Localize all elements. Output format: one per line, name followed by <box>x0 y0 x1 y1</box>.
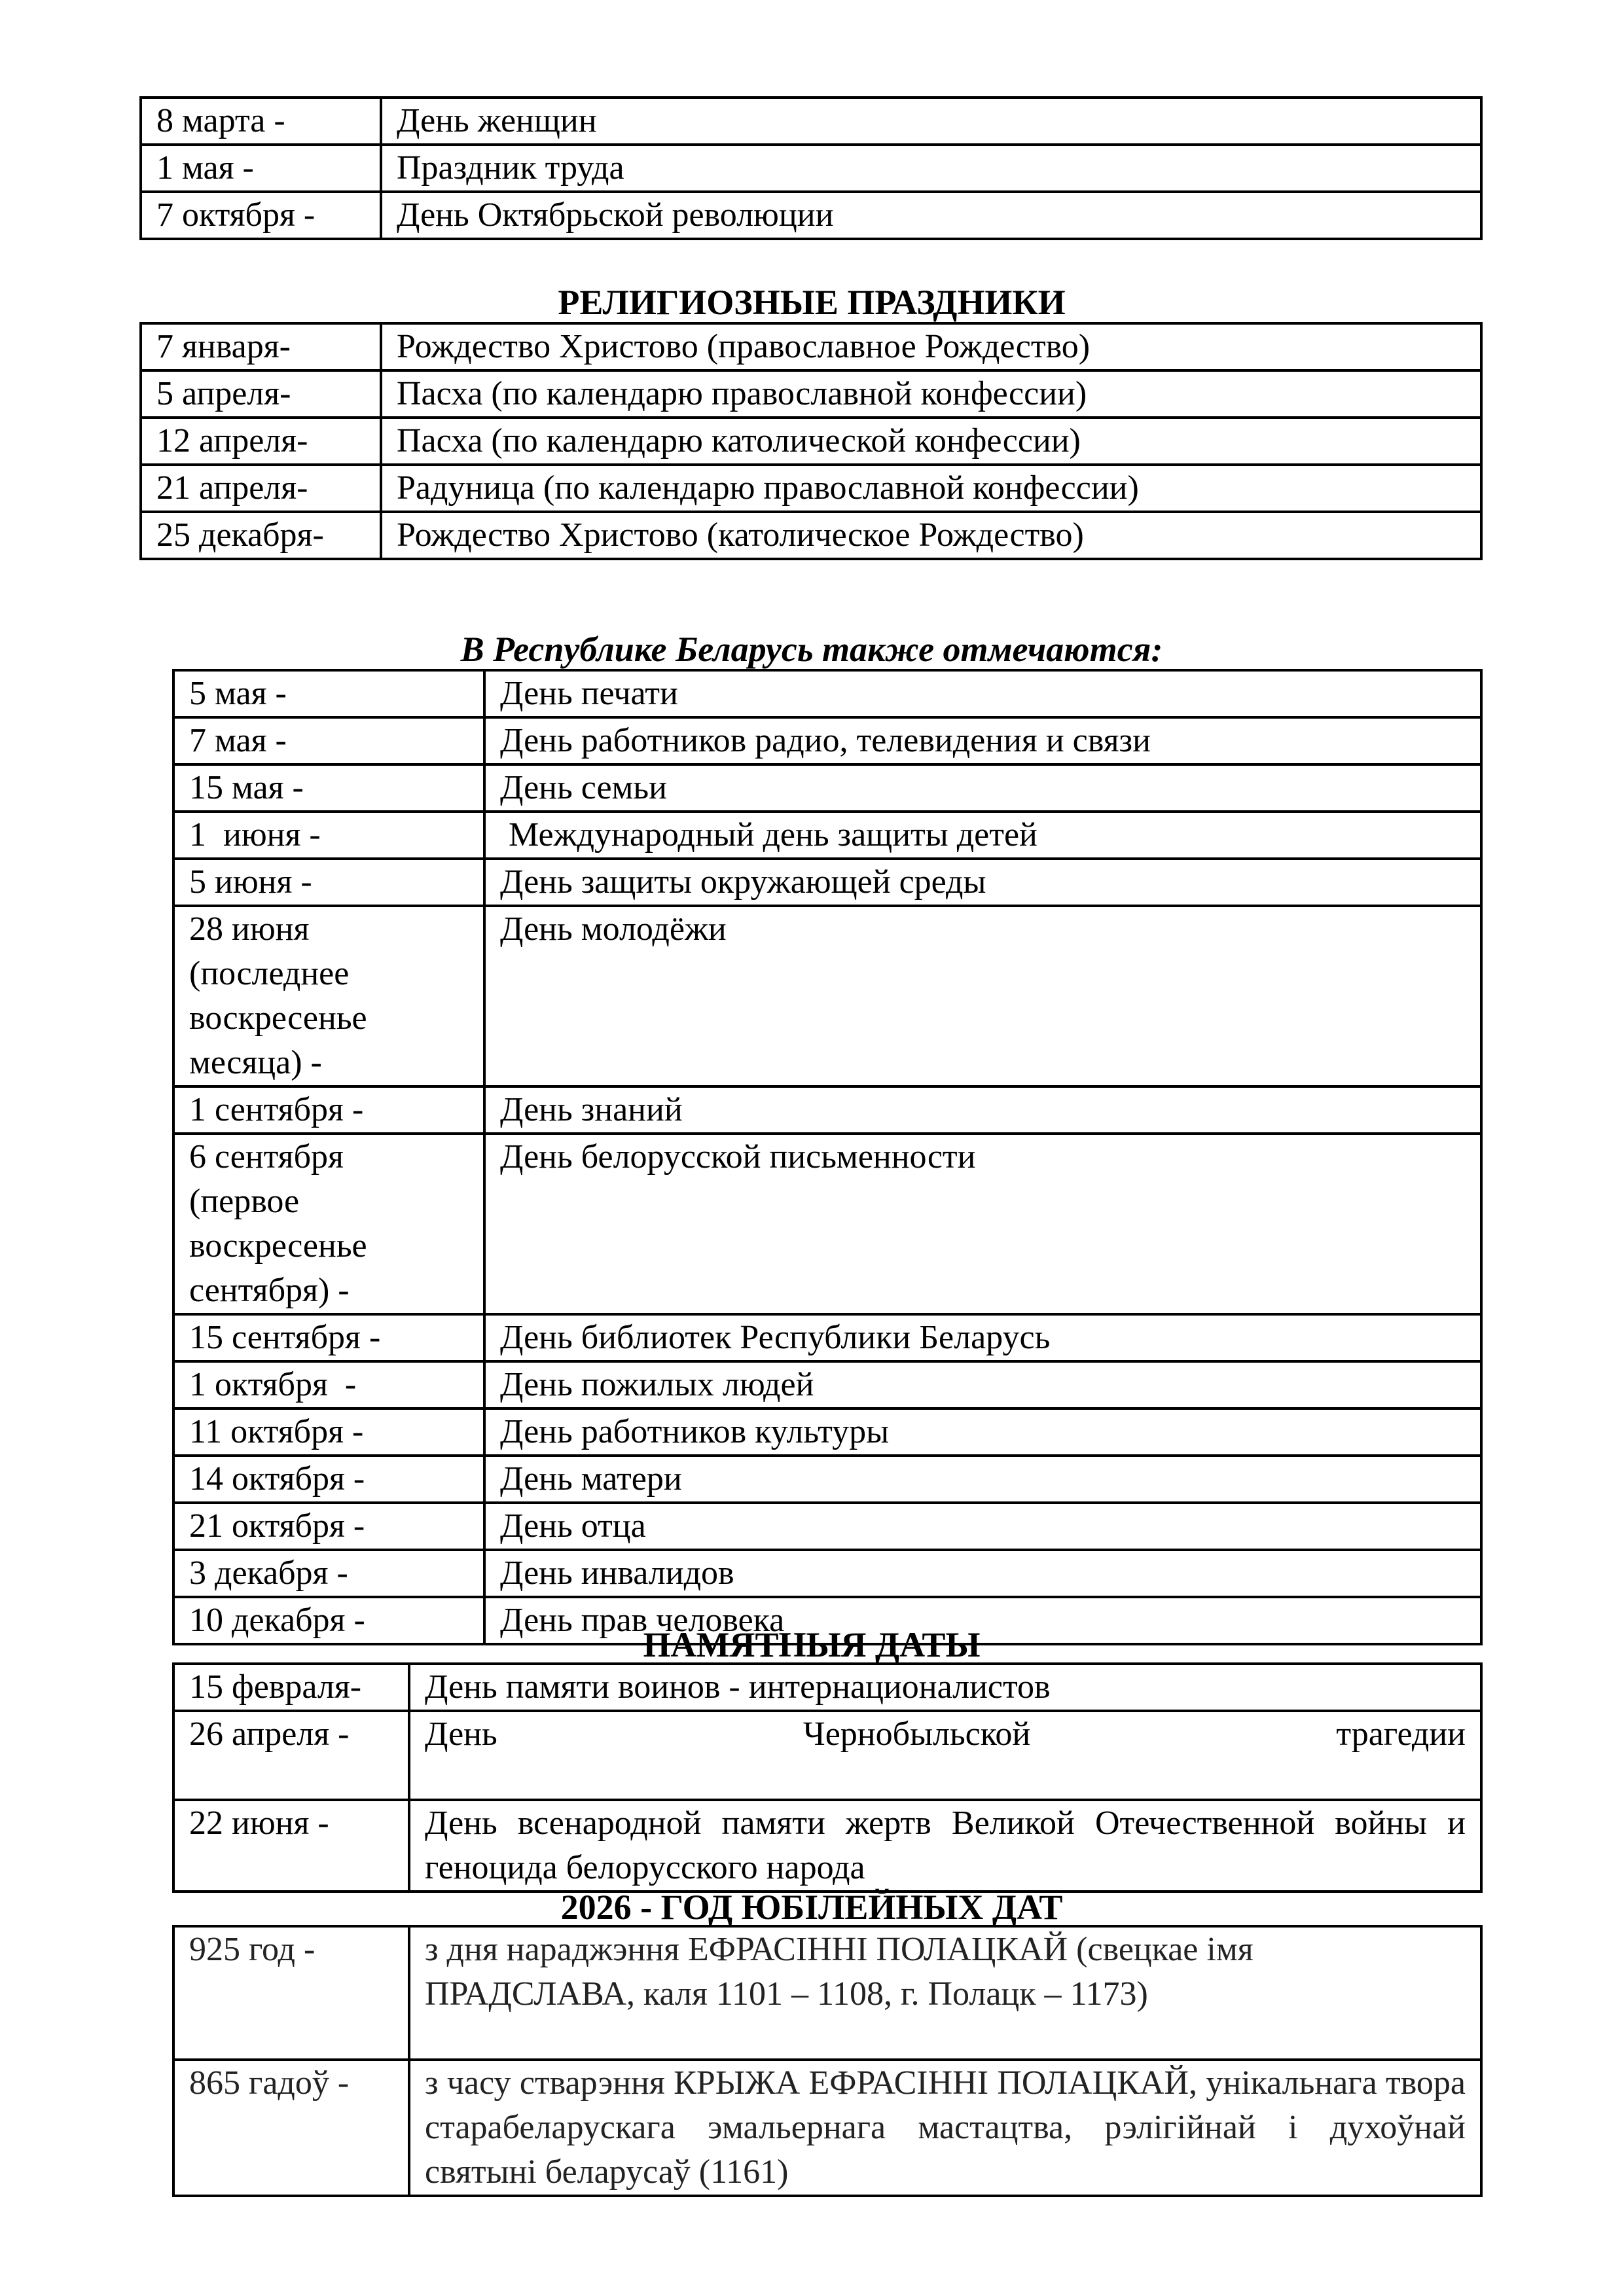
religious-holidays-table-wrap: 7 января- Рождество Христово (православн… <box>139 322 1483 560</box>
table-row: 26 апреля - День Чернобыльской трагедии <box>173 1711 1481 1800</box>
table-row: 22 июня - День всенародной памяти жертв … <box>173 1800 1481 1892</box>
holiday-name-cell: Праздник труда <box>381 145 1481 192</box>
date-cell: 8 марта - <box>141 98 381 145</box>
table-row: 21 апреля- Радуница (по календарю правос… <box>141 465 1481 512</box>
table-row: 5 июня - День защиты окружающей среды <box>173 859 1481 906</box>
anniversary-description-cell: з часу стварэння КРЫЖА ЕФРАСІННІ ПОЛАЦКА… <box>409 2060 1481 2196</box>
date-line: 6 сентября <box>189 1135 483 1179</box>
holiday-name-cell: День работников радио, телевидения и свя… <box>484 717 1481 764</box>
date-cell: 1 октября - <box>173 1361 484 1408</box>
table-row: 14 октября - День матери <box>173 1456 1481 1503</box>
date-cell: 1 мая - <box>141 145 381 192</box>
also-celebrated-heading: В Республике Беларусь также отмечаются: <box>141 628 1483 670</box>
date-cell: 11 октября - <box>173 1408 484 1456</box>
table-row: 11 октября - День работников культуры <box>173 1408 1481 1456</box>
religious-holidays-table: 7 января- Рождество Христово (православн… <box>139 322 1483 560</box>
table-row: 7 мая - День работников радио, телевиден… <box>173 717 1481 764</box>
table-row: 1 октября - День пожилых людей <box>173 1361 1481 1408</box>
anniversary-cell: 925 год - <box>173 1926 409 2060</box>
table-row: 12 апреля- Пасха (по календарю католичес… <box>141 418 1481 465</box>
holiday-name-cell: День молодёжи <box>484 906 1481 1086</box>
date-cell: 15 сентября - <box>173 1314 484 1361</box>
date-cell: 5 мая - <box>173 670 484 717</box>
jubilee-dates-heading: 2026 - ГОД ЮБІЛЕЙНЫХ ДАТ <box>141 1886 1483 1928</box>
table-row: 7 января- Рождество Христово (православн… <box>141 323 1481 370</box>
memorial-dates-table-wrap: 15 февраля- День памяти воинов - интерна… <box>172 1662 1483 1893</box>
table-row: 925 год - з дня нараджэння ЕФРАСІННІ ПОЛ… <box>173 1926 1481 2060</box>
holiday-name-cell: Международный день защиты детей <box>484 812 1481 859</box>
holiday-name-cell: День Октябрьской революции <box>381 192 1481 239</box>
holiday-name-cell: День работников культуры <box>484 1408 1481 1456</box>
date-line: (последнее <box>189 952 483 996</box>
anniversary-cell: 865 гадоў - <box>173 2060 409 2196</box>
date-line: 28 июня <box>189 907 483 952</box>
date-cell: 14 октября - <box>173 1456 484 1503</box>
date-cell: 26 апреля - <box>173 1711 409 1800</box>
date-line: сентября) - <box>189 1268 483 1313</box>
table-row: 28 июня (последнее воскресенье месяца) -… <box>173 906 1481 1086</box>
holiday-name-cell: День белорусской письменности <box>484 1134 1481 1314</box>
holiday-name-cell: День отца <box>484 1503 1481 1550</box>
table-row: 1 июня - Международный день защиты детей <box>173 812 1481 859</box>
holiday-name-cell: День печати <box>484 670 1481 717</box>
religious-holidays-heading: РЕЛИГИОЗНЫЕ ПРАЗДНИКИ <box>141 281 1483 323</box>
holiday-name-cell: День женщин <box>381 98 1481 145</box>
table-row: 15 мая - День семьи <box>173 764 1481 812</box>
date-cell: 6 сентября (первое воскресенье сентября)… <box>173 1134 484 1314</box>
also-celebrated-table: 5 мая - День печати 7 мая - День работни… <box>172 669 1483 1645</box>
holiday-name-cell: Пасха (по календарю католической конфесс… <box>381 418 1481 465</box>
jubilee-dates-table-wrap: 925 год - з дня нараджэння ЕФРАСІННІ ПОЛ… <box>172 1925 1483 2197</box>
date-cell: 12 апреля- <box>141 418 381 465</box>
anniversary-description-cell: з дня нараджэння ЕФРАСІННІ ПОЛАЦКАЙ (све… <box>409 1926 1481 2060</box>
holiday-name-cell: День инвалидов <box>484 1550 1481 1597</box>
table-row: 6 сентября (первое воскресенье сентября)… <box>173 1134 1481 1314</box>
table-row: 865 гадоў - з часу стварэння КРЫЖА ЕФРАС… <box>173 2060 1481 2196</box>
table-row: 3 декабря - День инвалидов <box>173 1550 1481 1597</box>
memorial-dates-heading: ПАМЯТНЫЯ ДАТЫ <box>141 1624 1483 1666</box>
date-cell: 7 января- <box>141 323 381 370</box>
table-row: 5 мая - День печати <box>173 670 1481 717</box>
holiday-name-cell: День Чернобыльской трагедии <box>409 1711 1481 1800</box>
jubilee-dates-table: 925 год - з дня нараджэння ЕФРАСІННІ ПОЛ… <box>172 1925 1483 2197</box>
date-cell: 15 февраля- <box>173 1664 409 1711</box>
date-cell: 5 апреля- <box>141 370 381 418</box>
date-cell: 22 июня - <box>173 1800 409 1892</box>
holiday-name-cell: День семьи <box>484 764 1481 812</box>
holiday-name-cell: День пожилых людей <box>484 1361 1481 1408</box>
holiday-name-cell: День библиотек Республики Беларусь <box>484 1314 1481 1361</box>
table-row: 15 февраля- День памяти воинов - интерна… <box>173 1664 1481 1711</box>
memorial-dates-table: 15 февраля- День памяти воинов - интерна… <box>172 1662 1483 1893</box>
date-line: месяца) - <box>189 1041 483 1085</box>
soviet-holidays-table-wrap: 8 марта - День женщин 1 мая - Праздник т… <box>139 96 1483 240</box>
date-line: воскресенье <box>189 996 483 1041</box>
table-row: 1 сентября - День знаний <box>173 1086 1481 1134</box>
soviet-holidays-table: 8 марта - День женщин 1 мая - Праздник т… <box>139 96 1483 240</box>
table-row: 15 сентября - День библиотек Республики … <box>173 1314 1481 1361</box>
date-cell: 7 октября - <box>141 192 381 239</box>
date-cell: 5 июня - <box>173 859 484 906</box>
date-cell: 21 октября - <box>173 1503 484 1550</box>
table-row: 7 октября - День Октябрьской революции <box>141 192 1481 239</box>
holiday-name-cell: День всенародной памяти жертв Великой От… <box>409 1800 1481 1892</box>
table-row: 5 апреля- Пасха (по календарю православн… <box>141 370 1481 418</box>
table-row: 21 октября - День отца <box>173 1503 1481 1550</box>
table-row: 25 декабря- Рождество Христово (католиче… <box>141 512 1481 559</box>
holiday-name-cell: Радуница (по календарю православной конф… <box>381 465 1481 512</box>
holiday-name-cell: Рождество Христово (православное Рождест… <box>381 323 1481 370</box>
date-line: воскресенье <box>189 1224 483 1268</box>
date-cell: 25 декабря- <box>141 512 381 559</box>
holiday-name-cell: Рождество Христово (католическое Рождест… <box>381 512 1481 559</box>
date-cell: 15 мая - <box>173 764 484 812</box>
date-cell: 1 сентября - <box>173 1086 484 1134</box>
holiday-name-cell: Пасха (по календарю православной конфесс… <box>381 370 1481 418</box>
date-line: (первое <box>189 1179 483 1224</box>
date-cell: 21 апреля- <box>141 465 381 512</box>
also-celebrated-table-wrap: 5 мая - День печати 7 мая - День работни… <box>172 669 1483 1645</box>
holiday-name-cell: День матери <box>484 1456 1481 1503</box>
date-cell: 7 мая - <box>173 717 484 764</box>
table-row: 8 марта - День женщин <box>141 98 1481 145</box>
date-cell: 3 декабря - <box>173 1550 484 1597</box>
holiday-name-cell: День знаний <box>484 1086 1481 1134</box>
date-cell: 1 июня - <box>173 812 484 859</box>
date-cell: 28 июня (последнее воскресенье месяца) - <box>173 906 484 1086</box>
table-row: 1 мая - Праздник труда <box>141 145 1481 192</box>
holiday-name-cell: День памяти воинов - интернационалистов <box>409 1664 1481 1711</box>
holiday-name-cell: День защиты окружающей среды <box>484 859 1481 906</box>
